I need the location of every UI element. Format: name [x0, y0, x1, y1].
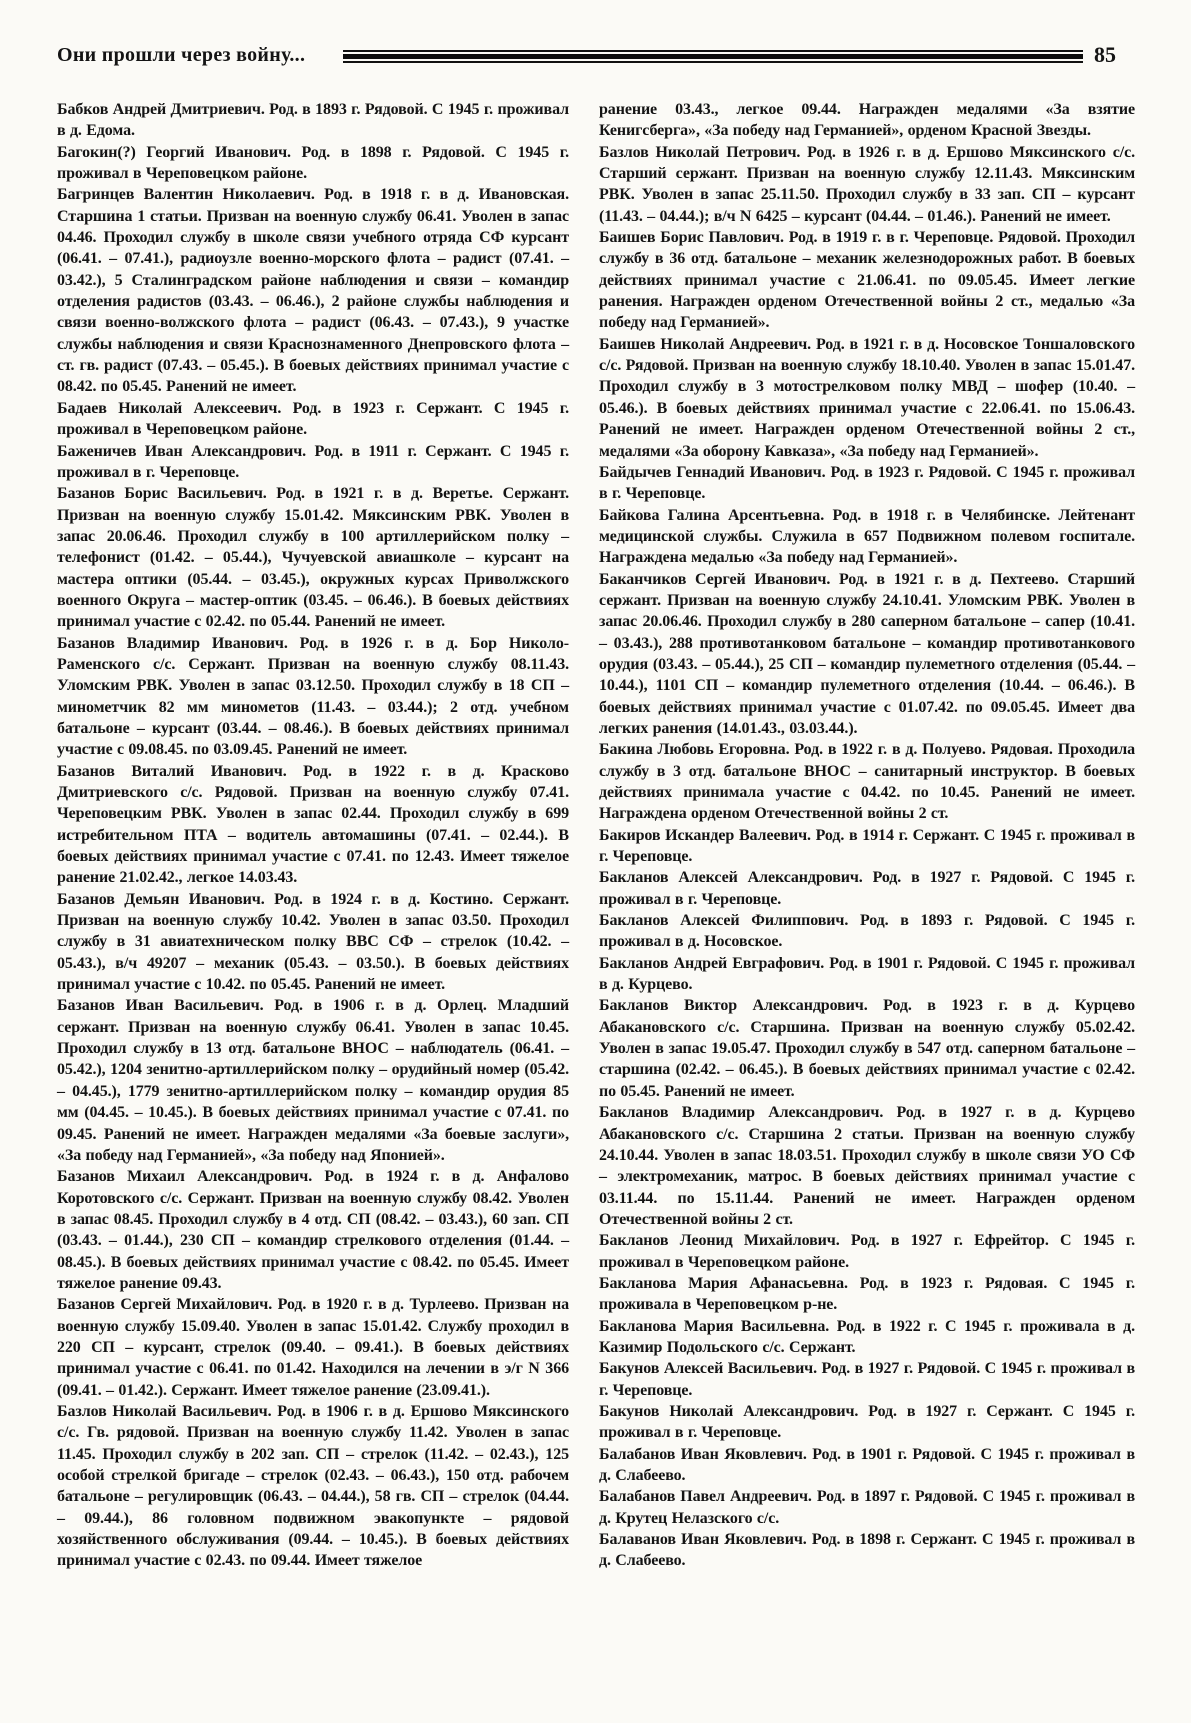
- veteran-entry: Бакиров Искандер Валеевич. Род. в 1914 г…: [599, 825, 1135, 868]
- page-number: 85: [1094, 42, 1116, 68]
- veteran-entry: Байкова Галина Арсентьевна. Род. в 1918 …: [599, 505, 1135, 569]
- veteran-entry: Бакланова Мария Афанасьевна. Род. в 1923…: [599, 1273, 1135, 1316]
- running-title: Они прошли через войну...: [57, 44, 305, 67]
- veteran-entry: Балаванов Иван Яковлевич. Род. в 1898 г.…: [599, 1529, 1135, 1572]
- veteran-entry: Базанов Сергей Михайлович. Род. в 1920 г…: [57, 1294, 569, 1401]
- right-column: ранение 03.43., легкое 09.44. Награжден …: [599, 99, 1135, 1572]
- veteran-entry: Бакланова Мария Васильевна. Род. в 1922 …: [599, 1316, 1135, 1359]
- veteran-entry: Балабанов Иван Яковлевич. Род. в 1901 г.…: [599, 1444, 1135, 1487]
- left-column: Бабков Андрей Дмитриевич. Род. в 1893 г.…: [57, 99, 569, 1572]
- veteran-entry: ранение 03.43., легкое 09.44. Награжден …: [599, 99, 1135, 142]
- header-rule-thin-bottom: [343, 61, 1083, 63]
- veteran-entry: Бакланов Андрей Евграфович. Род. в 1901 …: [599, 953, 1135, 996]
- veteran-entry: Бакланов Владимир Александрович. Род. в …: [599, 1102, 1135, 1230]
- veteran-entry: Базанов Владимир Иванович. Род. в 1926 г…: [57, 633, 569, 761]
- header-rule: [343, 50, 1083, 63]
- veteran-entry: Балабанов Павел Андреевич. Род. в 1897 г…: [599, 1486, 1135, 1529]
- veteran-entry: Баишев Николай Андреевич. Род. в 1921 г.…: [599, 334, 1135, 462]
- veteran-entry: Баканчиков Сергей Иванович. Род. в 1921 …: [599, 569, 1135, 740]
- veteran-entry: Бабков Андрей Дмитриевич. Род. в 1893 г.…: [57, 99, 569, 142]
- veteran-entry: Бакланов Виктор Александрович. Род. в 19…: [599, 995, 1135, 1102]
- veteran-entry: Байдычев Геннадий Иванович. Род. в 1923 …: [599, 462, 1135, 505]
- veteran-entry: Бакланов Леонид Михайлович. Род. в 1927 …: [599, 1230, 1135, 1273]
- veteran-entry: Базлов Николай Васильевич. Род. в 1906 г…: [57, 1401, 569, 1572]
- veteran-entry: Бакланов Алексей Александрович. Род. в 1…: [599, 867, 1135, 910]
- veteran-entry: Бакина Любовь Егоровна. Род. в 1922 г. в…: [599, 739, 1135, 824]
- veteran-entry: Базанов Иван Васильевич. Род. в 1906 г. …: [57, 995, 569, 1166]
- veteran-entry: Бакунов Николай Александрович. Род. в 19…: [599, 1401, 1135, 1444]
- veteran-entry: Багокин(?) Георгий Иванович. Род. в 1898…: [57, 142, 569, 185]
- veteran-entry: Бакунов Алексей Васильевич. Род. в 1927 …: [599, 1358, 1135, 1401]
- veteran-entry: Базанов Виталий Иванович. Род. в 1922 г.…: [57, 761, 569, 889]
- veteran-entry: Багринцев Валентин Николаевич. Род. в 19…: [57, 184, 569, 397]
- veteran-entry: Баженичев Иван Александрович. Род. в 191…: [57, 441, 569, 484]
- veteran-entry: Базанов Михаил Александрович. Род. в 192…: [57, 1166, 569, 1294]
- veteran-entry: Базанов Борис Васильевич. Род. в 1921 г.…: [57, 483, 569, 632]
- veteran-entry: Бадаев Николай Алексеевич. Род. в 1923 г…: [57, 398, 569, 441]
- veteran-entry: Бакланов Алексей Филиппович. Род. в 1893…: [599, 910, 1135, 953]
- veteran-entry: Базлов Николай Петрович. Род. в 1926 г. …: [599, 142, 1135, 227]
- veteran-entry: Базанов Демьян Иванович. Род. в 1924 г. …: [57, 889, 569, 996]
- veteran-entry: Баишев Борис Павлович. Род. в 1919 г. в …: [599, 227, 1135, 334]
